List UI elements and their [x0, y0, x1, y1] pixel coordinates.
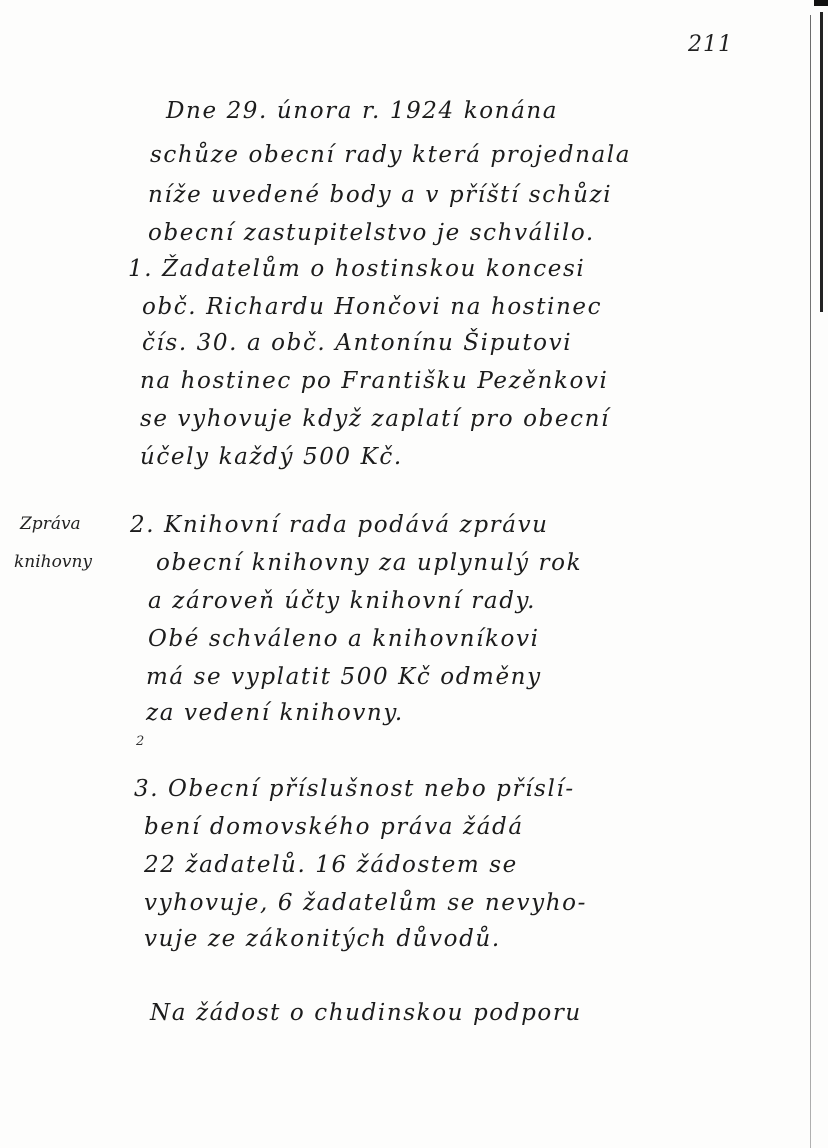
text-line: schůze obecní rady která projednala [150, 142, 631, 168]
item-1-line: se vyhovuje když zaplatí pro obecní [140, 406, 610, 432]
scan-edge-corner [814, 0, 828, 6]
item-1-line: na hostinec po Františku Pezěnkovi [140, 368, 608, 394]
item-3-line: 22 žadatelů. 16 žádostem se [144, 852, 518, 878]
text-line: níže uvedené body a v příští schůzi [148, 182, 612, 208]
item-2-line: 2. Knihovní rada podává zprávu [130, 512, 549, 538]
item-2-line: Obé schváleno a knihovníkovi [148, 626, 540, 652]
item-1-line: 1. Žadatelům o hostinskou koncesi [128, 256, 585, 282]
item-3-line: vyhovuje, 6 žadatelům se nevyho- [144, 890, 587, 916]
item-2-line: za vedení knihovny. [146, 700, 404, 726]
text-line: Na žádost o chudinskou podporu [150, 1000, 582, 1026]
margin-note: knihovny [14, 552, 92, 572]
scanned-document-page: 211 Dne 29. února r. 1924 konána schůze … [0, 0, 828, 1148]
item-2-line: má se vyplatit 500 Kč odměny [146, 664, 542, 690]
item-1-line: účely každý 500 Kč. [140, 444, 403, 470]
page-number: 211 [688, 32, 733, 57]
stray-mark: 2 [136, 734, 144, 749]
item-3-line: bení domovského práva žádá [144, 814, 524, 840]
text-line: obecní zastupitelstvo je schválilo. [148, 220, 595, 246]
item-2-line: obecní knihovny za uplynulý rok [156, 550, 582, 576]
item-1-line: obč. Richardu Hončovi na hostinec [142, 294, 602, 320]
item-3-line: 3. Obecní příslušnost nebo příslí- [134, 776, 575, 802]
item-1-line: čís. 30. a obč. Antonínu Šiputovi [142, 330, 572, 356]
text-line: Dne 29. února r. 1924 konána [166, 98, 558, 124]
scan-edge-bar [820, 12, 823, 312]
item-3-line: vuje ze zákonitých důvodů. [144, 926, 501, 952]
margin-note: Zpráva [20, 514, 81, 534]
item-2-line: a zároveň účty knihovní rady. [148, 588, 536, 614]
scan-edge-line [810, 15, 811, 1148]
